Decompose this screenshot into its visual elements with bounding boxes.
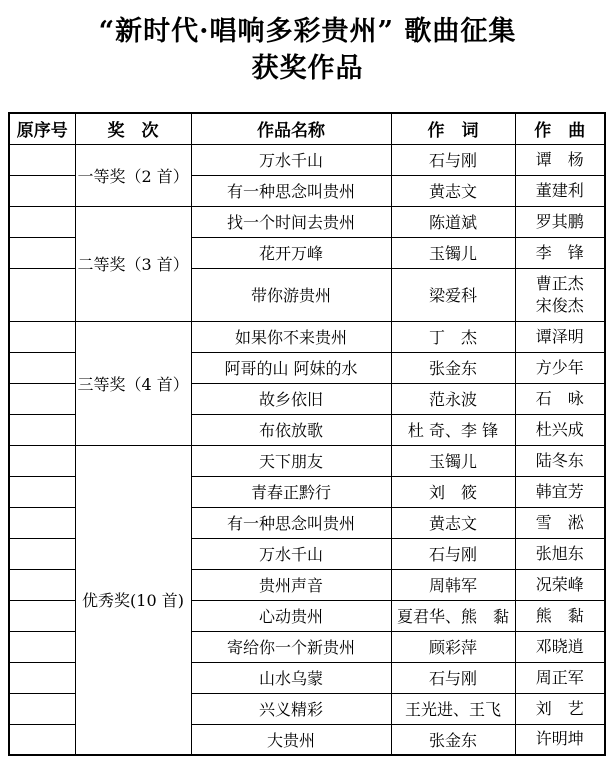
lyricist-cell: 范永波 [391, 383, 515, 414]
lyricist-cell: 王光进、王飞 [391, 693, 515, 724]
lyricist-cell: 陈道斌 [391, 206, 515, 237]
lyricist-cell: 丁 杰 [391, 321, 515, 352]
serial-cell [9, 569, 75, 600]
awards-table: 原序号 奖 次 作品名称 作 词 作 曲 一等奖（2 首） 万水千山 石与刚 谭… [8, 112, 606, 756]
serial-cell [9, 268, 75, 321]
serial-cell [9, 414, 75, 445]
composer-cell: 周正军 [515, 662, 605, 693]
award-cell-first-prize: 一等奖（2 首） [75, 144, 191, 206]
serial-cell [9, 206, 75, 237]
table-row: 三等奖（4 首） 如果你不来贵州 丁 杰 谭泽明 [9, 321, 605, 352]
song-title-cell: 大贵州 [191, 724, 391, 755]
composer-cell: 许明坤 [515, 724, 605, 755]
song-title-cell: 山水乌蒙 [191, 662, 391, 693]
composer-cell: 谭泽明 [515, 321, 605, 352]
composer-cell: 谭 杨 [515, 144, 605, 175]
composer-cell: 石 咏 [515, 383, 605, 414]
composer-cell: 雪 淞 [515, 507, 605, 538]
song-title-cell: 找一个时间去贵州 [191, 206, 391, 237]
song-title-cell: 寄给你一个新贵州 [191, 631, 391, 662]
composer-cell: 方少年 [515, 352, 605, 383]
table-row: 一等奖（2 首） 万水千山 石与刚 谭 杨 [9, 144, 605, 175]
composer-cell: 况荣峰 [515, 569, 605, 600]
lyricist-cell: 张金东 [391, 352, 515, 383]
serial-cell [9, 175, 75, 206]
document-page: “新时代·唱响多彩贵州” 歌曲征集 获奖作品 原序号 奖 次 作品名称 作 词 … [0, 0, 615, 767]
serial-cell [9, 445, 75, 476]
lyricist-cell: 石与刚 [391, 662, 515, 693]
col-header-song: 作品名称 [191, 113, 391, 144]
composer-cell: 董建利 [515, 175, 605, 206]
lyricist-cell: 张金东 [391, 724, 515, 755]
song-title-cell: 有一种思念叫贵州 [191, 507, 391, 538]
composer-cell: 李 锋 [515, 237, 605, 268]
col-header-lyricist: 作 词 [391, 113, 515, 144]
title-line-1: “新时代·唱响多彩贵州” 歌曲征集 [0, 13, 615, 50]
song-title-cell: 带你游贵州 [191, 268, 391, 321]
serial-cell [9, 383, 75, 414]
composer-cell: 曹正杰 宋俊杰 [515, 268, 605, 321]
lyricist-cell: 玉镯儿 [391, 237, 515, 268]
table-row: 优秀奖(10 首) 天下朋友 玉镯儿 陆冬东 [9, 445, 605, 476]
composer-cell: 陆冬东 [515, 445, 605, 476]
serial-cell [9, 662, 75, 693]
serial-cell [9, 352, 75, 383]
lyricist-cell: 刘 筱 [391, 476, 515, 507]
song-title-cell: 阿哥的山 阿妹的水 [191, 352, 391, 383]
serial-cell [9, 724, 75, 755]
song-title-cell: 万水千山 [191, 538, 391, 569]
lyricist-cell: 石与刚 [391, 144, 515, 175]
serial-cell [9, 321, 75, 352]
song-title-cell: 贵州声音 [191, 569, 391, 600]
song-title-cell: 如果你不来贵州 [191, 321, 391, 352]
serial-cell [9, 631, 75, 662]
composer-cell: 罗其鹏 [515, 206, 605, 237]
serial-cell [9, 693, 75, 724]
serial-cell [9, 538, 75, 569]
song-title-cell: 心动贵州 [191, 600, 391, 631]
lyricist-cell: 黄志文 [391, 507, 515, 538]
award-cell-excellence-prize: 优秀奖(10 首) [75, 445, 191, 755]
serial-cell [9, 476, 75, 507]
song-title-cell: 故乡依旧 [191, 383, 391, 414]
col-header-composer: 作 曲 [515, 113, 605, 144]
lyricist-cell: 夏君华、熊 黏 [391, 600, 515, 631]
song-title-cell: 布依放歌 [191, 414, 391, 445]
song-title-cell: 兴义精彩 [191, 693, 391, 724]
serial-cell [9, 600, 75, 631]
serial-cell [9, 237, 75, 268]
col-header-award: 奖 次 [75, 113, 191, 144]
lyricist-cell: 顾彩萍 [391, 631, 515, 662]
col-header-serial: 原序号 [9, 113, 75, 144]
song-title-cell: 青春正黔行 [191, 476, 391, 507]
lyricist-cell: 梁爱科 [391, 268, 515, 321]
song-title-cell: 天下朋友 [191, 445, 391, 476]
song-title-cell: 万水千山 [191, 144, 391, 175]
composer-cell: 刘 艺 [515, 693, 605, 724]
lyricist-cell: 杜 奇、李 锋 [391, 414, 515, 445]
lyricist-cell: 黄志文 [391, 175, 515, 206]
composer-cell: 韩宜芳 [515, 476, 605, 507]
lyricist-cell: 周韩军 [391, 569, 515, 600]
composer-cell: 张旭东 [515, 538, 605, 569]
award-cell-second-prize: 二等奖（3 首） [75, 206, 191, 321]
serial-cell [9, 507, 75, 538]
composer-cell: 熊 黏 [515, 600, 605, 631]
lyricist-cell: 石与刚 [391, 538, 515, 569]
award-cell-third-prize: 三等奖（4 首） [75, 321, 191, 445]
table-header-row: 原序号 奖 次 作品名称 作 词 作 曲 [9, 113, 605, 144]
song-title-cell: 花开万峰 [191, 237, 391, 268]
song-title-cell: 有一种思念叫贵州 [191, 175, 391, 206]
lyricist-cell: 玉镯儿 [391, 445, 515, 476]
composer-cell: 杜兴成 [515, 414, 605, 445]
composer-cell: 邓晓逍 [515, 631, 605, 662]
title-line-2: 获奖作品 [0, 50, 615, 87]
serial-cell [9, 144, 75, 175]
document-title: “新时代·唱响多彩贵州” 歌曲征集 获奖作品 [0, 13, 615, 87]
table-row: 二等奖（3 首） 找一个时间去贵州 陈道斌 罗其鹏 [9, 206, 605, 237]
